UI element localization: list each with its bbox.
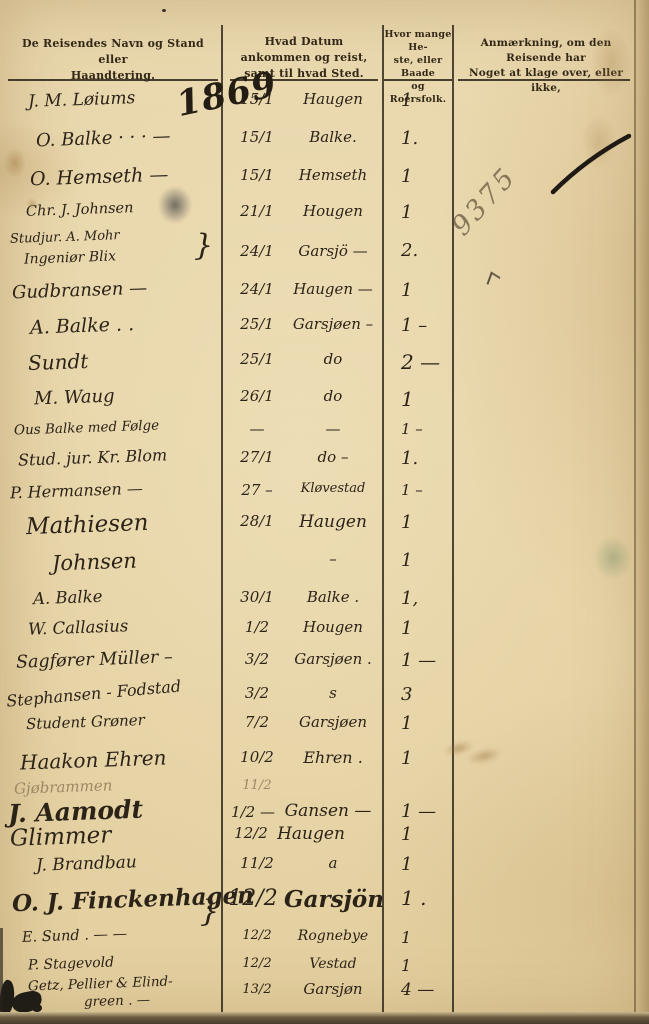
entry-date: 27 – xyxy=(230,481,284,499)
green-stain xyxy=(594,536,632,580)
entry-horses: 1. xyxy=(401,448,461,469)
entry-place: Gansen — xyxy=(268,801,388,821)
entry-place: do xyxy=(284,387,382,405)
page-left-edge-shadow xyxy=(0,928,3,1024)
header-line: Hvor mange He- xyxy=(384,28,452,54)
entry-name: O. Balke · · · — xyxy=(36,126,171,152)
entry-place: Haugen xyxy=(284,90,382,108)
entry-name: E. Sund . — — xyxy=(22,926,128,946)
entry-place: Hougen xyxy=(284,202,382,220)
entry-place: s xyxy=(284,684,382,702)
entry-date: 7/2 xyxy=(230,713,284,731)
entry-date: 12/2 xyxy=(226,886,280,911)
entry-date: 21/1 xyxy=(230,202,284,220)
entry-date: 25/1 xyxy=(230,350,284,368)
entry-date: 3/2 xyxy=(230,684,284,702)
entry-row: Getz, Pellier & Elind- green . — 13/2 Ga… xyxy=(0,976,649,1016)
grouping-brace: } xyxy=(194,228,213,263)
entry-name: Stud. jur. Kr. Blom xyxy=(18,445,168,469)
entry-row: Glimmer 12/2 Haugen 1 xyxy=(0,824,649,856)
entry-name: Sundt xyxy=(28,349,89,375)
entry-horses: 1 — xyxy=(401,650,461,671)
entry-horses: 1 xyxy=(401,824,461,845)
entry-row: W. Callasius 1/2 Hougen 1 xyxy=(0,618,649,650)
entry-place: Haugen xyxy=(284,512,382,532)
entry-place: Garsjøn xyxy=(284,980,382,998)
entry-name: Ous Balke med Følge xyxy=(14,417,160,438)
entry-place: do – xyxy=(284,448,382,466)
entry-name: Gudbransen — xyxy=(12,278,148,304)
entry-row: J. Brandbau 11/2 a 1 xyxy=(0,854,649,886)
entry-place: Kløvestad xyxy=(284,481,382,496)
entry-place: Garsjøen . xyxy=(284,650,382,668)
entry-place: – xyxy=(284,550,382,568)
entry-place: Garsjön xyxy=(284,886,382,913)
header-line: ste, eller Baade xyxy=(384,54,452,80)
entry-place: Vestad xyxy=(284,956,382,972)
entry-name: M. Waug xyxy=(34,386,115,410)
corner-ink-blob xyxy=(32,1004,42,1012)
entry-place: Haugen — xyxy=(284,280,382,298)
entry-date: 12/2 xyxy=(230,928,284,943)
entry-name: Sagfører Müller – xyxy=(16,647,173,672)
entry-place: Balke . xyxy=(284,588,382,606)
entry-date: 30/1 xyxy=(230,588,284,606)
entry-horses: 1 xyxy=(401,956,461,975)
header-line: Hvad Datum ankommen og reist, xyxy=(228,34,380,66)
entry-horses: 1 xyxy=(401,90,461,111)
entry-row: Sundt 25/1 do 2 — xyxy=(0,350,649,382)
entry-name: J. Brandbau xyxy=(36,852,137,876)
entry-row: O. J. Finckenhagen } 12/2 Garsjön 1 . xyxy=(0,886,649,928)
ledger-page: De Reisendes Navn og Stand eller Haandte… xyxy=(0,0,649,1024)
entry-name-line2: green . — xyxy=(84,992,151,1010)
entry-place: Garsjö — xyxy=(284,242,382,260)
header-line: De Reisendes Navn og Stand eller xyxy=(8,36,218,68)
entry-date: 1/2 xyxy=(230,618,284,636)
entry-date: 27/1 xyxy=(230,448,284,466)
entry-place: a xyxy=(284,854,382,872)
entry-date: 28/1 xyxy=(230,512,284,530)
entry-place: Balke. xyxy=(284,128,382,146)
entry-place: Hougen xyxy=(284,618,382,636)
entry-row: Gudbransen — 24/1 Haugen — 1 xyxy=(0,280,649,312)
page-bottom-edge xyxy=(0,1012,649,1024)
entry-place: Rognebye xyxy=(284,928,382,944)
entry-name: J. M. Løiums xyxy=(28,88,136,112)
entry-horses: 1 — xyxy=(401,801,461,822)
entry-date: 24/1 xyxy=(230,242,284,260)
entry-name: Student Grøner xyxy=(26,711,145,733)
entry-horses: 1 xyxy=(401,512,461,533)
entry-horses: 1 xyxy=(401,854,461,875)
entry-name: Haakon Ehren xyxy=(20,745,167,774)
entry-date: 26/1 xyxy=(230,387,284,405)
entry-horses: 1 – xyxy=(401,315,461,336)
entry-name: Glimmer xyxy=(10,822,112,852)
entry-place: Ehren . xyxy=(284,748,382,767)
entry-horses: 1 xyxy=(401,928,461,947)
column-header-remarks: Anmærkning, om den Reisende har Noget at… xyxy=(458,36,634,96)
entry-date: 11/2 xyxy=(230,854,284,872)
entry-name: O. Hemseth — xyxy=(30,164,169,191)
entry-name: Gjøbrammen xyxy=(14,776,113,797)
grouping-brace: } xyxy=(200,894,219,929)
entry-name: Mathiesen xyxy=(26,510,149,540)
entry-row: M. Waug 26/1 do 1 xyxy=(0,387,649,419)
entry-name: Chr. J. Johnsen xyxy=(26,200,134,220)
entry-horses: 1. xyxy=(401,128,461,149)
entry-date: 10/2 xyxy=(230,748,284,766)
entry-horses: 1 xyxy=(401,618,461,639)
entry-horses: 1 – xyxy=(401,420,461,438)
entry-date: 3/2 xyxy=(230,650,284,668)
entry-row: Stephansen - Fodstad 3/2 s 3 xyxy=(0,684,649,716)
entry-row: A. Balke 30/1 Balke . 1, xyxy=(0,588,649,620)
entry-row: Student Grøner 7/2 Garsjøen 1 xyxy=(0,713,649,745)
entry-date: 13/2 xyxy=(230,982,284,997)
entry-date: 15/1 xyxy=(230,166,284,184)
entry-horses: 2 — xyxy=(401,350,461,374)
entry-name: Getz, Pellier & Elind- xyxy=(28,973,173,994)
entry-row: J. M. Løiums 15/1 Haugen 1 xyxy=(0,90,649,122)
entry-name: P. Hermansen — xyxy=(10,479,143,503)
entry-horses: 1 . xyxy=(401,886,461,910)
entry-row: A. Balke . . 25/1 Garsjøen – 1 – xyxy=(0,315,649,347)
entry-date: 15/1 xyxy=(230,128,284,146)
entry-horses: 3 xyxy=(401,684,461,705)
entry-date: 25/1 xyxy=(230,315,284,333)
entry-name: W. Callasius xyxy=(28,616,129,638)
entry-name: A. Balke xyxy=(33,587,103,608)
entry-row: Mathiesen 28/1 Haugen 1 xyxy=(0,512,649,544)
entry-horses: 1 xyxy=(401,280,461,301)
entry-horses: 2. xyxy=(401,240,461,261)
entry-name-line2: Ingeniør Blix xyxy=(24,248,117,267)
page-right-edge xyxy=(636,0,649,1024)
entry-horses: 1 xyxy=(401,166,461,187)
entry-horses: 1 – xyxy=(401,481,461,499)
entry-row: Johnsen – 1 xyxy=(0,550,649,582)
entry-horses: 1 xyxy=(401,387,461,411)
entry-name: P. Stagevold xyxy=(28,955,115,974)
entry-place: do xyxy=(284,350,382,368)
entry-name: Johnsen xyxy=(52,549,138,576)
header-line: Anmærkning, om den Reisende har xyxy=(458,36,634,66)
entry-place: Haugen xyxy=(262,824,360,844)
ink-speck xyxy=(162,9,166,12)
entry-date: — xyxy=(230,420,284,438)
entry-date: 11/2 xyxy=(230,778,284,793)
entry-place: — xyxy=(284,420,382,438)
entry-name: A. Balke . . xyxy=(30,313,135,339)
entry-horses: 4 — xyxy=(401,980,461,1000)
entry-horses: 1 xyxy=(401,550,461,571)
entry-horses: 1, xyxy=(401,588,461,609)
entry-row: Sagfører Müller – 3/2 Garsjøen . 1 — xyxy=(0,650,649,682)
pen-stroke-mark xyxy=(545,128,637,200)
entry-place: Hemseth xyxy=(284,166,382,184)
entry-place: Garsjøen xyxy=(284,713,382,731)
entry-name: Studjur. A. Mohr xyxy=(10,228,120,247)
entry-row: P. Hermansen — 27 – Kløvestad 1 – xyxy=(0,481,649,513)
entry-row: Studjur. A. Mohr Ingeniør Blix } 24/1 Ga… xyxy=(0,228,649,276)
entry-row: Stud. jur. Kr. Blom 27/1 do – 1. xyxy=(0,448,649,480)
column-header-names: De Reisendes Navn og Stand eller Haandte… xyxy=(8,36,218,84)
entry-place: Garsjøen – xyxy=(284,315,382,333)
entry-date: 12/2 xyxy=(230,956,284,971)
entry-date: 24/1 xyxy=(230,280,284,298)
entry-row: Haakon Ehren 10/2 Ehren . 1 xyxy=(0,748,649,780)
